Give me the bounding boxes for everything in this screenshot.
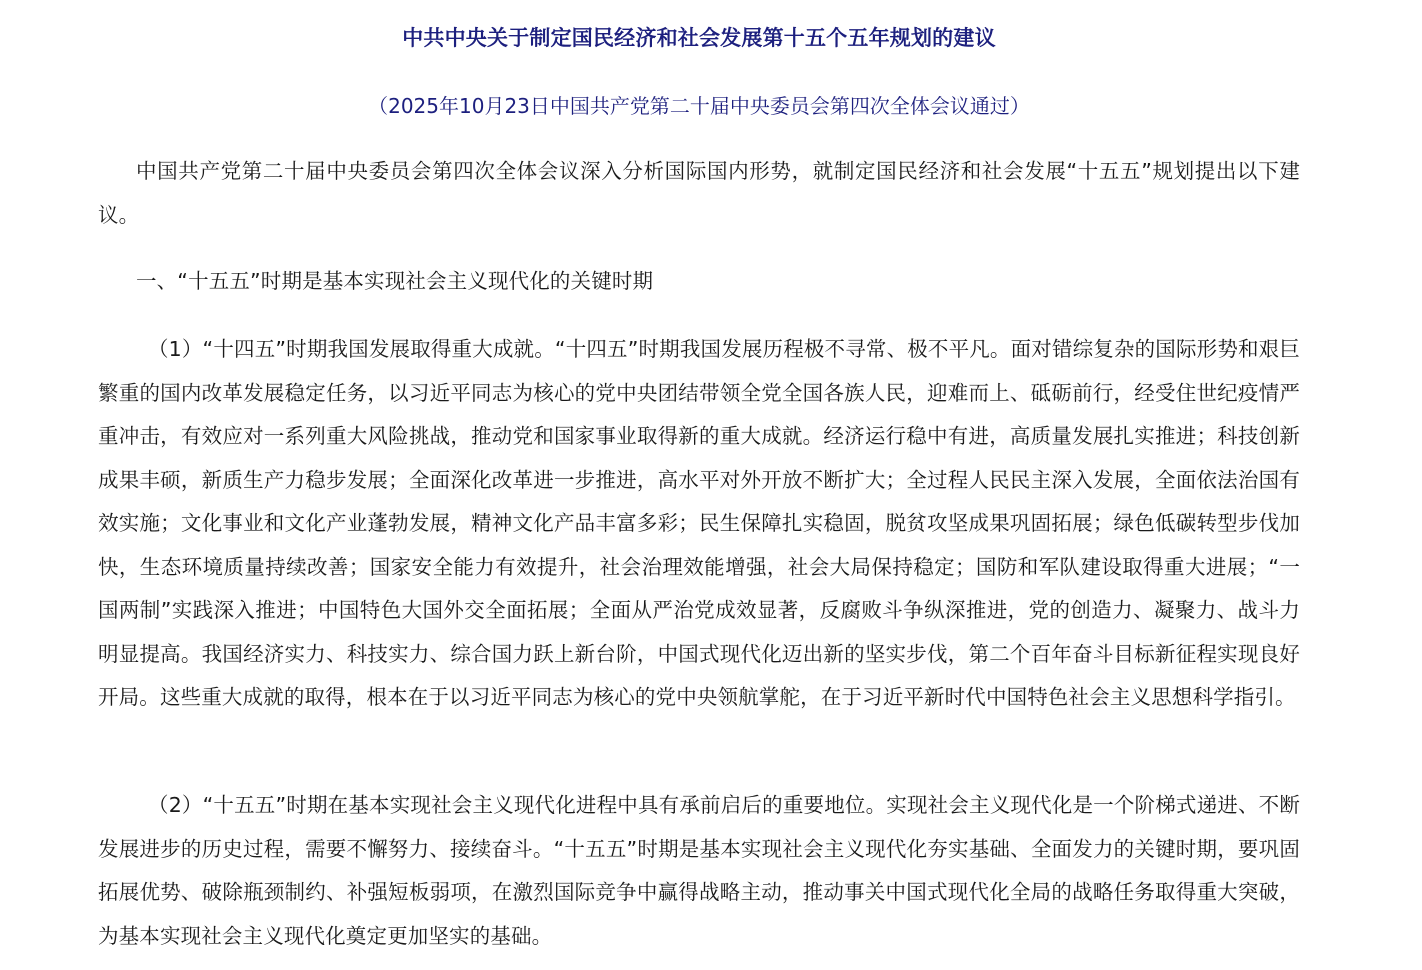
document-title: 中共中央关于制定国民经济和社会发展第十五个五年规划的建议 (98, 24, 1300, 52)
paragraph-2: （2）“十五五”时期在基本实现社会主义现代化进程中具有承前启后的重要地位。实现社… (98, 784, 1300, 958)
paragraph-1: （1）“十四五”时期我国发展取得重大成就。“十四五”时期我国发展历程极不寻常、极… (98, 328, 1300, 720)
section-heading: 一、“十五五”时期是基本实现社会主义现代化的关键时期 (98, 260, 1300, 304)
document-subtitle: （2025年10月23日中国共产党第二十届中央委员会第四次全体会议通过） (98, 92, 1300, 120)
intro-paragraph: 中国共产党第二十届中央委员会第四次全体会议深入分析国际国内形势，就制定国民经济和… (98, 150, 1300, 237)
